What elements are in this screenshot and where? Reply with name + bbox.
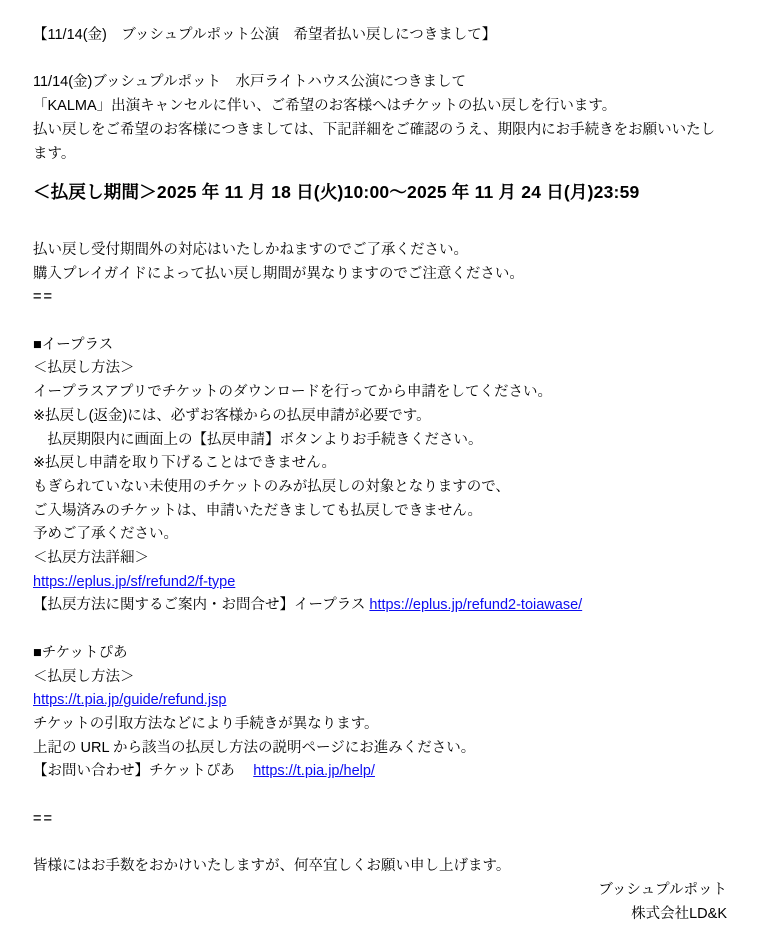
pia-note-proceed: 上記の URL から該当の払戻し方法の説明ページにお進みください。 [33, 737, 727, 761]
eplus-method-heading: ＜払戻し方法＞ [33, 357, 727, 381]
pia-method-link-line: https://t.pia.jp/guide/refund.jsp [33, 689, 727, 713]
note-differs-by-guide: 購入プレイガイドによって払い戻し期間が異なりますのでご注意ください。 [33, 263, 727, 287]
blank-line [33, 48, 727, 72]
blank-line [33, 784, 727, 808]
intro-reason-line: 「KALMA」出演キャンセルに伴い、ご希望のお客様へはチケットの払い戻しを行いま… [33, 95, 727, 119]
eplus-detail-link-line: https://eplus.jp/sf/refund2/f-type [33, 571, 727, 595]
eplus-note-acknowledge: 予めご了承ください。 [33, 523, 727, 547]
signature-company: 株式会社LD&K [33, 903, 727, 925]
eplus-note-unused-only-1: もぎられていない未使用のチケットのみが払戻しの対象となりますので、 [33, 476, 727, 500]
pia-contact-link[interactable]: https://t.pia.jp/help/ [253, 763, 375, 779]
refund-period-heading: ＜払戻し期間＞2025 年 11 月 18 日(火)10:00～2025 年 1… [33, 174, 727, 210]
section-separator: == [33, 286, 727, 310]
pia-method-link[interactable]: https://t.pia.jp/guide/refund.jsp [33, 692, 226, 708]
pia-contact-line: 【お問い合わせ】チケットぴあ https://t.pia.jp/help/ [33, 760, 727, 784]
eplus-detail-link[interactable]: https://eplus.jp/sf/refund2/f-type [33, 574, 235, 590]
eplus-note-application-required: ※払戻し(返金)には、必ずお客様からの払戻申請が必要です。 [33, 405, 727, 429]
blank-line [33, 831, 727, 855]
document-title: 【11/14(金) ブッシュプルポット公演 希望者払い戻しにつきまして】 [33, 24, 727, 48]
eplus-note-unused-only-2: ご入場済みのチケットは、申請いただきましても払戻しできません。 [33, 500, 727, 524]
eplus-contact-prefix: 【払戻方法に関するご案内・お問合せ】イープラス [33, 597, 369, 613]
pia-section-title: ■チケットぴあ [33, 642, 727, 666]
pia-note-differs: チケットの引取方法などにより手続きが異なります。 [33, 713, 727, 737]
eplus-step1: イープラスアプリでチケットのダウンロードを行ってから申請をしてください。 [33, 381, 727, 405]
blank-line [33, 215, 727, 239]
eplus-note-deadline: 払戻期限内に画面上の【払戻申請】ボタンよりお手続きください。 [33, 429, 727, 453]
eplus-detail-heading: ＜払戻方法詳細＞ [33, 547, 727, 571]
blank-line [33, 618, 727, 642]
section-separator: == [33, 808, 727, 832]
closing-line: 皆様にはお手数をおかけいたしますが、何卒宜しくお願い申し上げます。 [33, 855, 727, 879]
pia-method-heading: ＜払戻し方法＞ [33, 666, 727, 690]
signature-artist: ブッシュプルポット [33, 879, 727, 903]
blank-line [33, 310, 727, 334]
intro-instruction-line: 払い戻しをご希望のお客様につきましては、下記詳細をご確認のうえ、期限内にお手続き… [33, 119, 727, 166]
intro-event-line: 11/14(金)ブッシュプルポット 水戸ライトハウス公演につきまして [33, 71, 727, 95]
pia-contact-prefix: 【お問い合わせ】チケットぴあ [33, 763, 253, 779]
eplus-contact-link[interactable]: https://eplus.jp/refund2-toiawase/ [369, 597, 582, 613]
note-outside-period: 払い戻し受付期間外の対応はいたしかねますのでご了承ください。 [33, 239, 727, 263]
refund-notice-document: 【11/14(金) ブッシュプルポット公演 希望者払い戻しにつきまして】 11/… [0, 0, 764, 925]
eplus-section-title: ■イープラス [33, 334, 727, 358]
eplus-note-no-withdrawal: ※払戻し申請を取り下げることはできません。 [33, 452, 727, 476]
eplus-contact-line: 【払戻方法に関するご案内・お問合せ】イープラス https://eplus.jp… [33, 594, 727, 618]
